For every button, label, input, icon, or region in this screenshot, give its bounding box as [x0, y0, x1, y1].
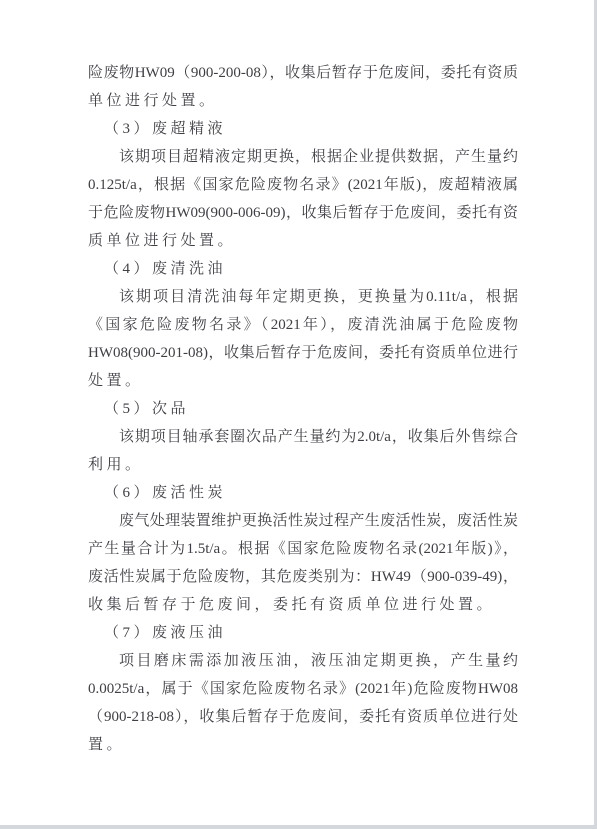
text-line: 处置。: [88, 367, 518, 395]
text-line: 0.125t/a，根据《国家危险废物名录》(2021年版)，废超精液属: [88, 171, 518, 199]
text-line: 废气处理装置维护更换活性炭过程产生废活性炭，废活性炭: [88, 507, 518, 535]
text-line: 险废物HW09（900-200-08），收集后暂存于危废间，委托有资质: [88, 59, 518, 87]
text-line: 置。: [88, 731, 518, 759]
text-line: 该期项目超精液定期更换，根据企业提供数据，产生量约: [88, 143, 518, 171]
text-line: 该期项目清洗油每年定期更换，更换量为0.11t/a，根据: [88, 283, 518, 311]
text-line: 项目磨床需添加液压油，液压油定期更换，产生量约: [88, 647, 518, 675]
text-line: HW08(900-201-08)，收集后暂存于危废间，委托有资质单位进行: [88, 339, 518, 367]
text-line: 该期项目轴承套圈次品产生量约为2.0t/a，收集后外售综合: [88, 423, 518, 451]
section-heading: （4）废清洗油: [88, 255, 518, 283]
text-line: 0.0025t/a，属于《国家危险废物名录》(2021年)危险废物HW08: [88, 675, 518, 703]
text-line: （900-218-08），收集后暂存于危废间，委托有资质单位进行处: [88, 703, 518, 731]
section-heading: （3）废超精液: [88, 115, 518, 143]
section-heading: （6）废活性炭: [88, 479, 518, 507]
document-content: 险废物HW09（900-200-08），收集后暂存于危废间，委托有资质 单位进行…: [88, 59, 518, 759]
text-line: 《国家危险废物名录》（2021年），废清洗油属于危险废物: [88, 311, 518, 339]
text-line: 于危险废物HW09(900-006-09)，收集后暂存于危废间，委托有资: [88, 199, 518, 227]
text-line: 单位进行处置。: [88, 87, 518, 115]
section-heading: （5）次品: [88, 395, 518, 423]
text-line: 质单位进行处置。: [88, 227, 518, 255]
text-line: 废活性炭属于危险废物，其危废类别为：HW49（900-039-49)，: [88, 563, 518, 591]
document-page: 险废物HW09（900-200-08），收集后暂存于危废间，委托有资质 单位进行…: [0, 0, 597, 829]
section-heading: （7）废液压油: [88, 619, 518, 647]
text-line: 收集后暂存于危废间，委托有资质单位进行处置。: [88, 591, 518, 619]
text-line: 利用。: [88, 451, 518, 479]
text-line: 产生量合计为1.5t/a。根据《国家危险废物名录(2021年版)》，: [88, 535, 518, 563]
